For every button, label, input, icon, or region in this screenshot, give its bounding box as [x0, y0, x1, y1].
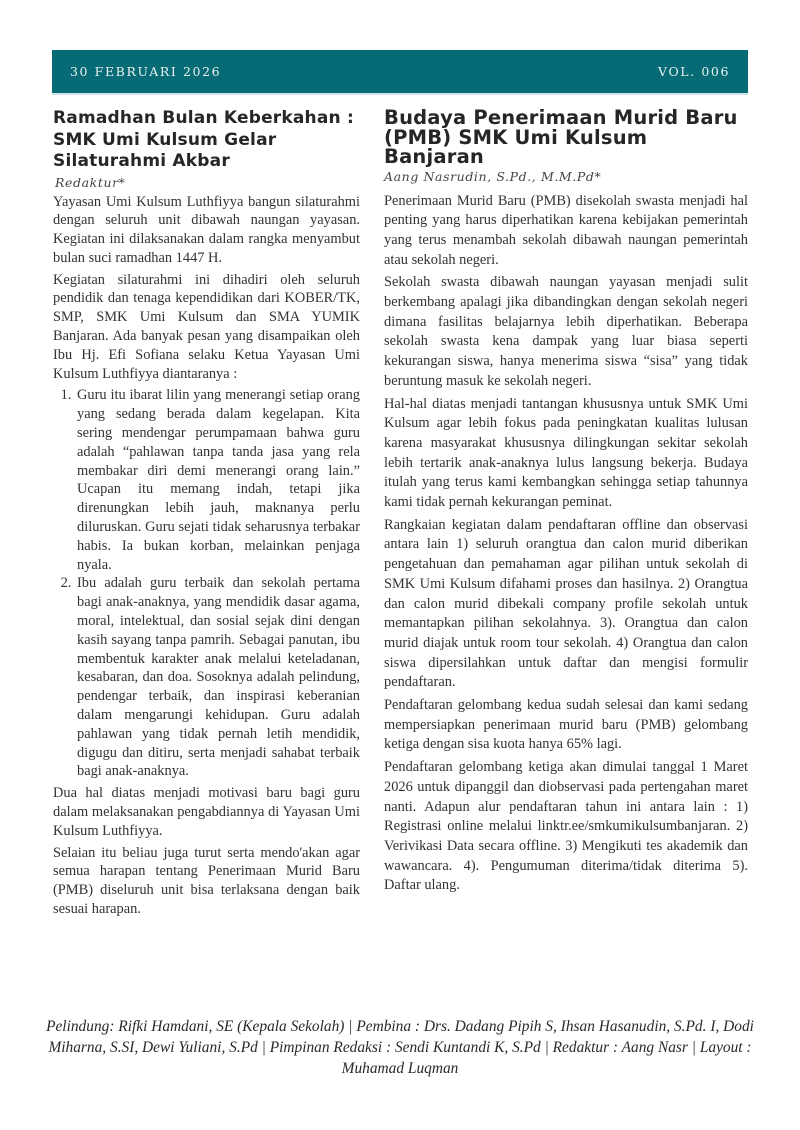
- issue-date: 30 FEBRUARI 2026: [70, 64, 221, 79]
- paragraph: Dua hal diatas menjadi motivasi baru bag…: [53, 784, 360, 840]
- article-title: Ramadhan Bulan Keberkahan : SMK Umi Kuls…: [53, 108, 360, 173]
- paragraph: Pendaftaran gelombang ketiga akan dimula…: [384, 758, 748, 896]
- article-body: Yayasan Umi Kulsum Luthfiyya bangun sila…: [53, 193, 360, 919]
- paragraph: Pendaftaran gelombang kedua sudah selesa…: [384, 696, 748, 755]
- article-byline: Aang Nasrudin, S.Pd., M.M.Pd*: [384, 169, 748, 184]
- message-item: Ibu adalah guru terbaik dan sekolah pert…: [75, 574, 360, 781]
- editorial-credits: Pelindung: Rifki Hamdani, SE (Kepala Sek…: [40, 1016, 760, 1079]
- message-item: Guru itu ibarat lilin yang menerangi set…: [75, 386, 360, 574]
- paragraph: Sekolah swasta dibawah naungan yayasan m…: [384, 273, 748, 391]
- paragraph: Hal-hal diatas menjadi tantangan khususn…: [384, 395, 748, 513]
- article-byline: Redaktur*: [55, 175, 360, 190]
- masthead-bar: 30 FEBRUARI 2026 VOL. 006: [52, 50, 748, 95]
- article-body: Penerimaan Murid Baru (PMB) disekolah sw…: [384, 192, 748, 897]
- paragraph: Selaian itu beliau juga turut serta mend…: [53, 844, 360, 919]
- issue-volume: VOL. 006: [658, 64, 730, 79]
- article-ramadhan: Ramadhan Bulan Keberkahan : SMK Umi Kuls…: [53, 108, 360, 922]
- paragraph: Rangkaian kegiatan dalam pendaftaran off…: [384, 516, 748, 693]
- paragraph: Kegiatan silaturahmi ini dihadiri oleh s…: [53, 271, 360, 384]
- article-title: Budaya Penerimaan Murid Baru (PMB) SMK U…: [384, 108, 748, 167]
- paragraph: Penerimaan Murid Baru (PMB) disekolah sw…: [384, 192, 748, 271]
- message-list: Guru itu ibarat lilin yang menerangi set…: [53, 386, 360, 781]
- article-pmb: Budaya Penerimaan Murid Baru (PMB) SMK U…: [384, 108, 748, 899]
- paragraph: Yayasan Umi Kulsum Luthfiyya bangun sila…: [53, 193, 360, 268]
